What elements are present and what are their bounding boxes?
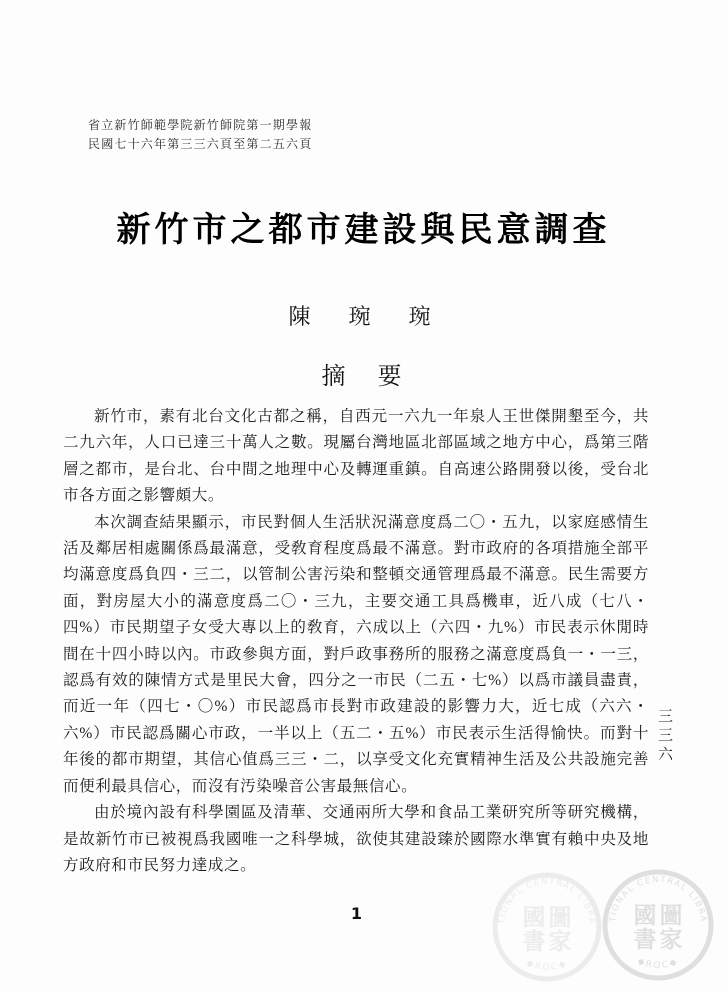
journal-header: 省立新竹師範學院新竹師院第一期學報 民國七十六年第三三六頁至第二五六頁	[88, 116, 312, 154]
margin-folio-vertical: 三三六	[654, 708, 675, 765]
abstract-heading: 摘 要	[0, 356, 727, 391]
abstract-paragraph: 新竹市，素有北台文化古都之稱，自西元一六九一年泉人王世傑開墾至今，共二九六年，人…	[63, 404, 649, 510]
stamp-seal-char: 書	[523, 928, 546, 955]
stamp-seal-char: 圖	[549, 905, 572, 931]
stamp-seal-char: 圖	[660, 903, 683, 929]
abstract-body: 新竹市，素有北台文化古都之稱，自西元一六九一年泉人王世傑開墾至今，共二九六年，人…	[63, 404, 649, 879]
stamp-seal-char: 國	[634, 903, 657, 929]
stamp-seal-char: 家	[660, 926, 683, 953]
journal-header-line1: 省立新竹師範學院新竹師院第一期學報	[88, 116, 312, 135]
abstract-paragraph: 本次調查結果顯示，市民對個人生活狀況滿意度爲二〇・五九，以家庭感情生活及鄰居相處…	[63, 510, 649, 800]
stamp-arc-text-bottom: ◆ROC◆	[636, 956, 680, 971]
stamp-seal-char: 家	[549, 928, 572, 955]
paper-title: 新竹市之都市建設與民意調查	[0, 202, 727, 251]
stamp-seal-char: 國	[523, 905, 546, 931]
library-watermark-stamps: NATIONAL CENTRAL LIBRARY ◆ROC◆ 國 圖 書 家 N…	[470, 855, 727, 992]
journal-header-line2: 民國七十六年第三三六頁至第二五六頁	[88, 135, 312, 154]
stamp-arc-text-bottom: ◆ROC◆	[525, 958, 569, 973]
author-name: 陳 琬 琬	[0, 300, 727, 331]
scanned-paper-page: 省立新竹師範學院新竹師院第一期學報 民國七十六年第三三六頁至第二五六頁 新竹市之…	[0, 0, 727, 992]
library-stamp-left: NATIONAL CENTRAL LIBRARY ◆ROC◆ 國 圖 書 家	[470, 855, 599, 979]
stamp-seal-char: 書	[634, 926, 657, 953]
svg-text:◆ROC◆: ◆ROC◆	[636, 956, 680, 971]
svg-text:◆ROC◆: ◆ROC◆	[525, 958, 569, 973]
